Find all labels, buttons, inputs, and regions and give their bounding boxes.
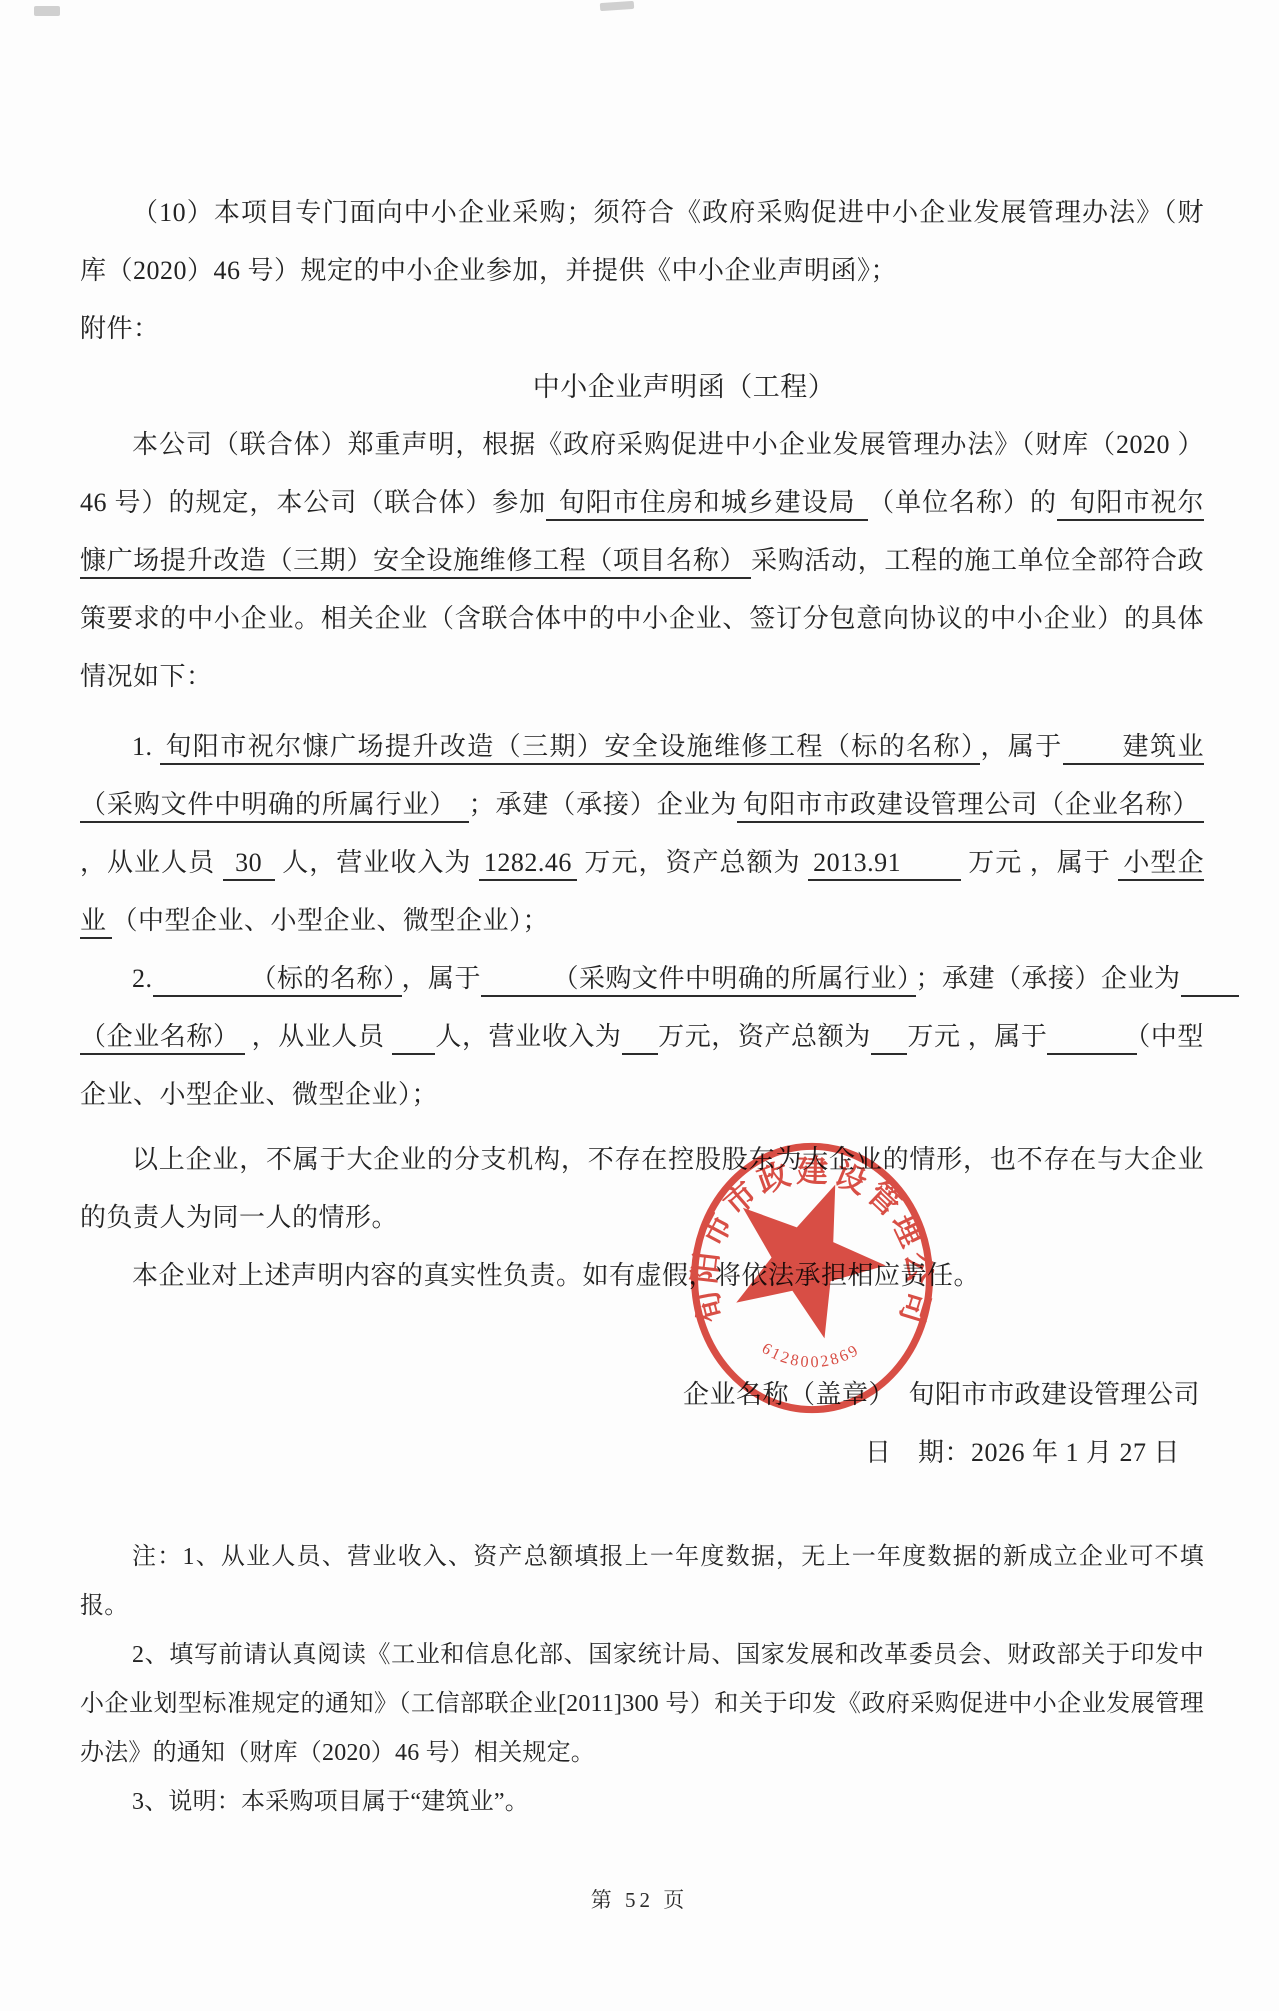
text-run: （单位名称）的 bbox=[868, 488, 1057, 517]
intro-paragraph: （10）本项目专门面向中小企业采购；须符合《政府采购促进中小企业发展管理办法》（… bbox=[80, 184, 1204, 300]
fill-in-value: 旬阳市祝尔慷广场提升改造（三期）安全设施维修工程（标的名称） bbox=[160, 732, 980, 765]
scan-artifact bbox=[34, 6, 60, 16]
declaration-paragraph: 本公司（联合体）郑重声明，根据《政府采购促进中小企业发展管理办法》（财库（202… bbox=[80, 416, 1204, 706]
fill-in-value: 1282.46 bbox=[479, 848, 577, 881]
text-run: 日 期：2026 年 1 月 27 日 bbox=[865, 1438, 1180, 1467]
text-run bbox=[882, 1380, 909, 1409]
fill-in-value: 2013.91 bbox=[808, 848, 961, 881]
text-run: （中型企业、小型企业、微型企业）； bbox=[112, 906, 550, 935]
text-run: 万元 ，属于 bbox=[907, 1022, 1047, 1051]
text-run: ；承建（承接）企业为 bbox=[469, 790, 738, 819]
fill-in-value bbox=[1047, 1022, 1137, 1055]
text-run: ，属于 bbox=[402, 964, 482, 993]
text-run: 2、填写前请认真阅读《工业和信息化部、国家统计局、国家发展和改革委员会、财政部关… bbox=[80, 1642, 1204, 1766]
attachment-label: 附件： bbox=[80, 300, 1204, 358]
text-run: 人，营业收入为 bbox=[435, 1022, 621, 1051]
text-run: 中小企业声明函（工程） bbox=[533, 372, 836, 402]
text-run: 旬阳市市政建设管理公司 bbox=[908, 1380, 1200, 1409]
fill-in-value: 旬阳市住房和城乡建设局 bbox=[546, 488, 868, 521]
no-large-enterprise-paragraph: 以上企业，不属于大企业的分支机构，不存在控股股东为大企业的情形，也不存在与大企业… bbox=[80, 1131, 1204, 1247]
text-run: ，从业人员 bbox=[80, 848, 223, 877]
text-run: 万元 ，属于 bbox=[961, 848, 1119, 877]
document-body: （10）本项目专门面向中小企业采购；须符合《政府采购促进中小企业发展管理办法》（… bbox=[80, 184, 1204, 1827]
document-title: 中小企业声明函（工程） bbox=[122, 358, 1246, 416]
fill-in-value bbox=[622, 1022, 659, 1055]
text-run: 人，营业收入为 bbox=[275, 848, 479, 877]
document-page: （10）本项目专门面向中小企业采购；须符合《政府采购促进中小企业发展管理办法》（… bbox=[0, 0, 1279, 2011]
text-run: 附件： bbox=[80, 314, 160, 343]
text-run: 以上企业，不属于大企业的分支机构，不存在控股股东为大企业的情形，也不存在与大企业… bbox=[80, 1145, 1204, 1232]
text-run: ，属于 bbox=[980, 732, 1062, 761]
text-run: ；承建（承接）企业为 bbox=[916, 964, 1181, 993]
note-3: 3、说明：本采购项目属于“建筑业”。 bbox=[80, 1778, 1204, 1827]
text-run: ，从业人员 bbox=[245, 1022, 392, 1051]
text-run: 2. bbox=[132, 964, 153, 993]
enterprise-item-2: 2. （标的名称），属于 （采购文件中明确的所属行业）；承建（承接）企业为 （企… bbox=[80, 950, 1204, 1124]
fill-in-value: （采购文件中明确的所属行业） bbox=[481, 964, 916, 997]
text-run: 本企业对上述声明内容的真实性负责。如有虚假，将依法承担相应责任。 bbox=[132, 1261, 980, 1290]
note-2: 2、填写前请认真阅读《工业和信息化部、国家统计局、国家发展和改革委员会、财政部关… bbox=[80, 1631, 1204, 1778]
fill-in-value: 30 bbox=[223, 848, 275, 881]
page-number: 第 52 页 bbox=[0, 1884, 1279, 1914]
scan-artifact bbox=[600, 1, 634, 11]
note-1: 注：1、从业人员、营业收入、资产总额填报上一年度数据，无上一年度数据的新成立企业… bbox=[80, 1533, 1204, 1631]
text-run: 1. bbox=[132, 732, 160, 761]
responsibility-paragraph: 本企业对上述声明内容的真实性负责。如有虚假，将依法承担相应责任。 bbox=[80, 1247, 1204, 1305]
text-run: 3、说明：本采购项目属于“建筑业”。 bbox=[132, 1789, 529, 1815]
enterprise-item-1: 1. 旬阳市祝尔慷广场提升改造（三期）安全设施维修工程（标的名称），属于 建筑业… bbox=[80, 718, 1204, 950]
text-run: 企业名称（盖章） bbox=[683, 1380, 882, 1409]
text-run: （10）本项目专门面向中小企业采购；须符合《政府采购促进中小企业发展管理办法》（… bbox=[80, 198, 1204, 285]
text-run: 万元，资产总额为 bbox=[658, 1022, 871, 1051]
text-run: 万元，资产总额为 bbox=[577, 848, 808, 877]
fill-in-value bbox=[392, 1022, 436, 1055]
text-run: 注：1、从业人员、营业收入、资产总额填报上一年度数据，无上一年度数据的新成立企业… bbox=[80, 1544, 1204, 1619]
signature-line: 企业名称（盖章） 旬阳市市政建设管理公司 bbox=[80, 1366, 1204, 1424]
fill-in-value: （标的名称） bbox=[153, 964, 402, 997]
fill-in-value: 旬阳市市政建设管理公司（企业名称） bbox=[737, 790, 1204, 823]
fill-in-value bbox=[871, 1022, 908, 1055]
date-line: 日 期：2026 年 1 月 27 日 bbox=[80, 1424, 1204, 1482]
